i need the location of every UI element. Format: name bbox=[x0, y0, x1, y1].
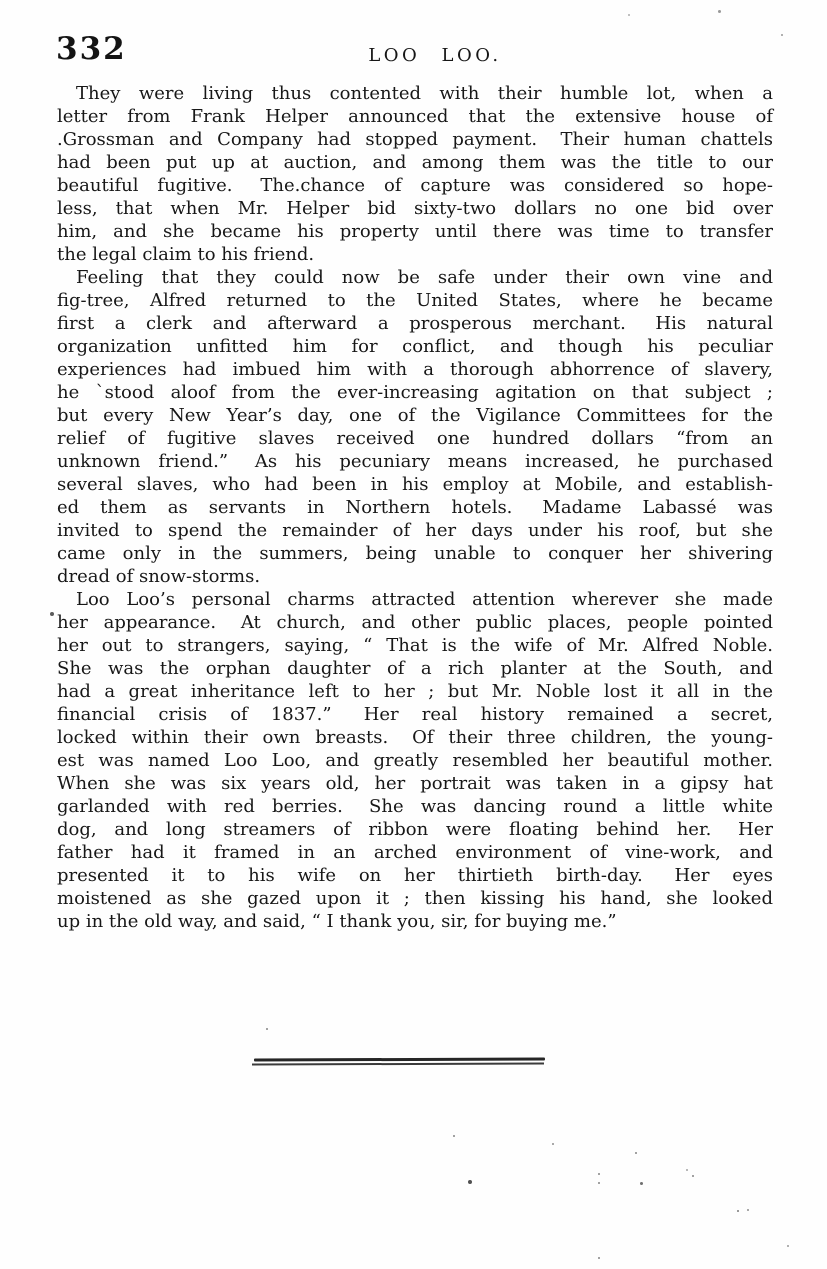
text-line: organization unfitted him for conflict, … bbox=[57, 335, 773, 358]
text-line: up in the old way, and said, “ I thank y… bbox=[57, 910, 773, 933]
paragraph: Loo Loo’s personal charms attracted atte… bbox=[57, 588, 773, 933]
scan-speck bbox=[718, 10, 721, 13]
text-line: him, and she became his property until t… bbox=[57, 220, 773, 243]
text-line: She was the orphan daughter of a rich pl… bbox=[57, 657, 773, 680]
scan-speck bbox=[50, 612, 54, 616]
scan-speck bbox=[692, 1175, 694, 1177]
scan-speck bbox=[686, 1169, 688, 1171]
text-line: relief of fugitive slaves received one h… bbox=[57, 427, 773, 450]
scan-speck bbox=[598, 1182, 600, 1184]
text-line: .Grossman and Company had stopped paymen… bbox=[57, 128, 773, 151]
book-page: 332 LOO LOO. They were living thus conte… bbox=[0, 0, 827, 1269]
text-line: When she was six years old, her portrait… bbox=[57, 772, 773, 795]
text-line: less, that when Mr. Helper bid sixty-two… bbox=[57, 197, 773, 220]
section-end-rule-top-line bbox=[254, 1057, 545, 1061]
text-line: letter from Frank Helper announced that … bbox=[57, 105, 773, 128]
scan-speck bbox=[266, 1028, 268, 1030]
text-line: dread of snow-storms. bbox=[57, 565, 773, 588]
text-line: Feeling that they could now be safe unde… bbox=[57, 266, 773, 289]
text-line: first a clerk and afterward a prosperous… bbox=[57, 312, 773, 335]
scan-speck bbox=[640, 1182, 643, 1185]
scan-speck bbox=[468, 1180, 472, 1184]
text-line: he `stood aloof from the ever-increasing… bbox=[57, 381, 773, 404]
text-line: They were living thus contented with the… bbox=[57, 82, 773, 105]
scan-speck bbox=[787, 1245, 789, 1247]
scan-speck bbox=[628, 14, 630, 16]
text-block: They were living thus contented with the… bbox=[57, 82, 773, 933]
scan-speck bbox=[635, 1152, 637, 1154]
scan-speck bbox=[598, 1173, 600, 1175]
section-end-rule bbox=[254, 1057, 545, 1065]
text-line: had been put up at auction, and among th… bbox=[57, 151, 773, 174]
running-title: LOO LOO. bbox=[77, 45, 793, 66]
paragraph: Feeling that they could now be safe unde… bbox=[57, 266, 773, 588]
text-line: father had it framed in an arched enviro… bbox=[57, 841, 773, 864]
scan-speck bbox=[598, 1257, 600, 1259]
text-line: came only in the summers, being unable t… bbox=[57, 542, 773, 565]
text-line: ed them as servants in Northern hotels. … bbox=[57, 496, 773, 519]
text-line: presented it to his wife on her thirtiet… bbox=[57, 864, 773, 887]
scan-speck bbox=[552, 1143, 554, 1145]
text-line: experiences had imbued him with a thorou… bbox=[57, 358, 773, 381]
scan-speck bbox=[747, 1209, 749, 1211]
text-line: dog, and long streamers of ribbon were f… bbox=[57, 818, 773, 841]
text-line: moistened as she gazed upon it ; then ki… bbox=[57, 887, 773, 910]
text-line: but every New Year’s day, one of the Vig… bbox=[57, 404, 773, 427]
scan-speck bbox=[453, 1135, 455, 1137]
text-line: locked within their own breasts. Of thei… bbox=[57, 726, 773, 749]
text-line: invited to spend the remainder of her da… bbox=[57, 519, 773, 542]
text-line: several slaves, who had been in his empl… bbox=[57, 473, 773, 496]
paragraph: They were living thus contented with the… bbox=[57, 82, 773, 266]
text-line: Loo Loo’s personal charms attracted atte… bbox=[57, 588, 773, 611]
text-line: had a great inheritance left to her ; bu… bbox=[57, 680, 773, 703]
text-line: garlanded with red berries. She was danc… bbox=[57, 795, 773, 818]
text-line: financial crisis of 1837.” Her real hist… bbox=[57, 703, 773, 726]
scan-speck bbox=[781, 34, 783, 36]
text-line: her out to strangers, saying, “ That is … bbox=[57, 634, 773, 657]
scan-speck bbox=[737, 1210, 739, 1212]
text-line: fig-tree, Alfred returned to the United … bbox=[57, 289, 773, 312]
text-line: the legal claim to his friend. bbox=[57, 243, 773, 266]
text-line: est was named Loo Loo, and greatly resem… bbox=[57, 749, 773, 772]
text-line: her appearance. At church, and other pub… bbox=[57, 611, 773, 634]
section-end-rule-bottom-line bbox=[252, 1062, 544, 1065]
text-line: beautiful fugitive. The.chance of captur… bbox=[57, 174, 773, 197]
text-line: unknown friend.” As his pecuniary means … bbox=[57, 450, 773, 473]
